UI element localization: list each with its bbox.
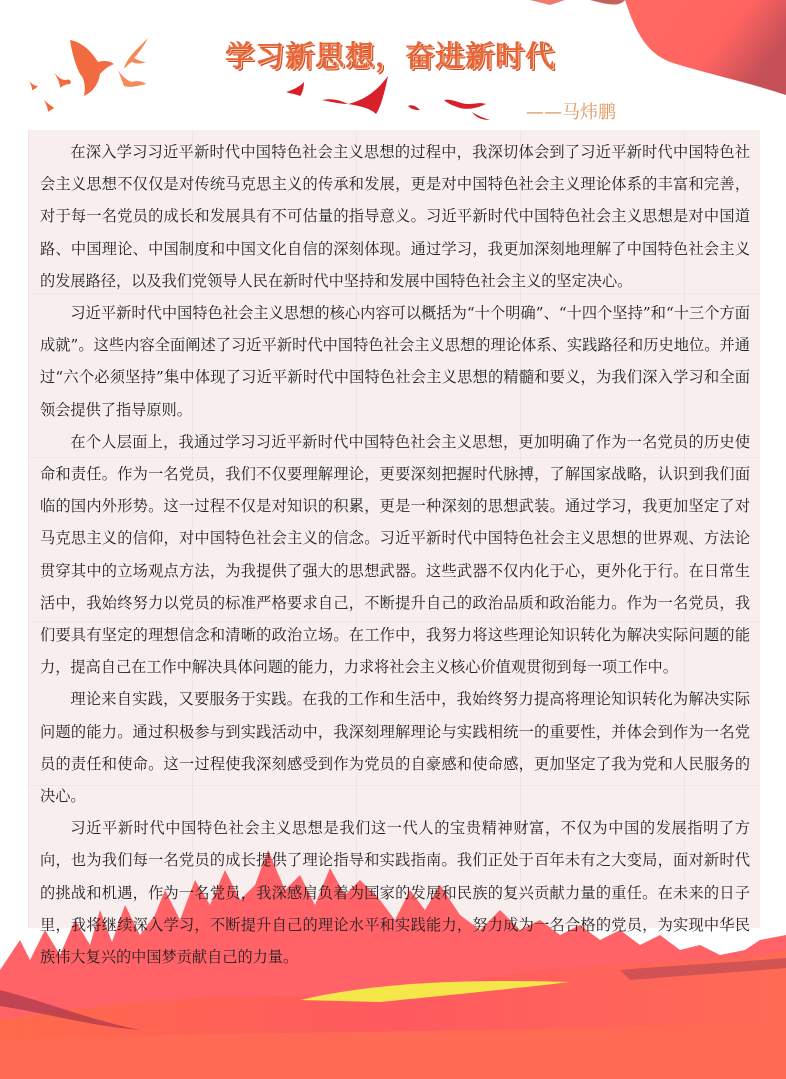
- doves-decoration: [20, 30, 170, 120]
- paragraph-1: 在深入学习习近平新时代中国特色社会主义思想的过程中，我深切体会到了习近平新时代中…: [40, 136, 750, 297]
- paragraph-5: 习近平新时代中国特色社会主义思想是我们这一代人的宝贵精神财富，不仅为中国的发展指…: [40, 812, 750, 973]
- page-title: 学习新思想，奋进新时代: [200, 34, 580, 75]
- paragraph-4: 理论来自实践，又要服务于实践。在我的工作和生活中，我始终努力提高将理论知识转化为…: [40, 683, 750, 812]
- article-body: 在深入学习习近平新时代中国特色社会主义思想的过程中，我深切体会到了习近平新时代中…: [40, 136, 750, 973]
- author-byline: ——马炜鹏: [526, 98, 616, 124]
- paragraph-2: 习近平新时代中国特色社会主义思想的核心内容可以概括为“十个明确”、“十四个坚持”…: [40, 297, 750, 426]
- gulls-decoration: [280, 70, 520, 130]
- paragraph-3: 在个人层面上，我通过学习习近平新时代中国特色社会主义思想，更加明确了作为一名党员…: [40, 426, 750, 684]
